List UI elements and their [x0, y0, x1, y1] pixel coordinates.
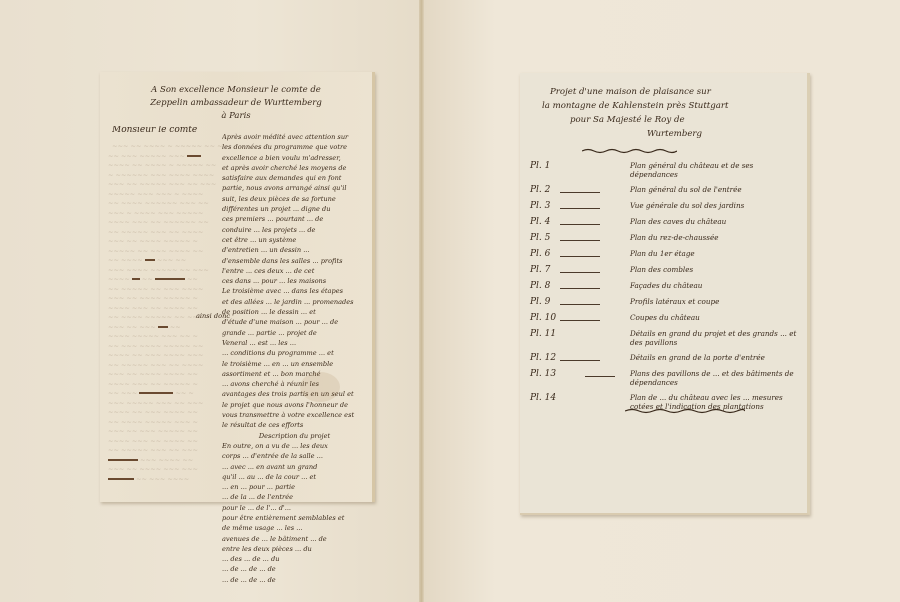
plate-entry: Pl. 10 Coupes du château [530, 313, 800, 329]
text-line: ... en ... pour ... partie [222, 482, 367, 492]
flourish-divider [582, 148, 677, 154]
text-line: satisfaire aux demandes qui en font [222, 173, 367, 183]
text-line: avenues de ... le bâtiment ... de [222, 534, 367, 544]
leader-line [585, 376, 615, 377]
plate-entry: Pl. 9 Profils latéraux et coupe [530, 297, 800, 313]
leader-line [560, 256, 600, 257]
text-line: de même usage ... les ... [222, 523, 367, 533]
text-line: Après avoir médité avec attention sur [222, 132, 367, 142]
plate-description: Détails en grand du projet et des grands… [630, 329, 800, 347]
letter-body: Après avoir médité avec attention sur le… [222, 132, 367, 585]
leader-line [560, 240, 600, 241]
title-line: la montagne de Kahlenstein près Stuttgar… [542, 99, 792, 113]
salutation: Monsieur le comte [112, 126, 197, 135]
plate-entry: Pl. 12 Détails en grand de la porte d'en… [530, 353, 800, 369]
plate-entry: Pl. 6 Plan du 1er étage [530, 249, 800, 265]
plate-list: Pl. 1 Plan général du château et de ses … [530, 161, 800, 425]
plate-number: Pl. 6 [530, 249, 550, 259]
text-line: assortiment et ... bon marché [222, 369, 367, 379]
text-line: suit, les deux pièces de sa fortune [222, 194, 367, 204]
text-line: cet être ... un système [222, 235, 367, 245]
leader-line [560, 288, 600, 289]
plate-description: Plan du rez-de-chaussée [630, 233, 800, 242]
plate-number: Pl. 2 [530, 185, 550, 195]
title-line: pour Sa Majesté le Roy de [542, 113, 792, 127]
leader-line [560, 208, 600, 209]
letter-address: A Son excellence Monsieur le comte de Ze… [100, 84, 372, 123]
text-line: d'entretien ... un dessin ... [222, 245, 367, 255]
letter-sheet: A Son excellence Monsieur le comte de Ze… [100, 72, 375, 502]
text-line: avantages des trois partis en un seul et [222, 389, 367, 399]
text-line: différentes un projet ... digne du [222, 204, 367, 214]
leader-line [560, 272, 600, 273]
leader-line [560, 224, 600, 225]
plate-entry: Pl. 13 Plans des pavillons de ... et des… [530, 369, 800, 393]
text-line: d'étude d'une maison ... pour ... de [222, 317, 367, 327]
plate-description: Plan des combles [630, 265, 800, 274]
end-flourish [625, 408, 745, 414]
address-line: A Son excellence Monsieur le comte de [100, 84, 372, 97]
plate-description: Plan du 1er étage [630, 249, 800, 258]
text-line: ... de la ... de l'entrée [222, 492, 367, 502]
plate-entry: Pl. 3 Vue générale du sol des jardins [530, 201, 800, 217]
text-line: En outre, on a vu de ... les deux [222, 441, 367, 451]
plate-description: Plans des pavillons de ... et des bâtime… [630, 369, 800, 387]
text-line: grande ... partie ... projet de [222, 328, 367, 338]
text-line: vous transmettre à votre excellence est [222, 410, 367, 420]
plate-number: Pl. 14 [530, 393, 556, 403]
text-line: le résultat de ces efforts [222, 420, 367, 430]
text-line: et des allées ... le jardin ... promenad… [222, 297, 367, 307]
text-line: ces dans ... pour ... les maisons [222, 276, 367, 286]
plate-number: Pl. 10 [530, 313, 556, 323]
address-line: Zeppelin ambassadeur de Wurttemberg [100, 97, 372, 110]
leader-line [560, 360, 600, 361]
plate-number: Pl. 7 [530, 265, 550, 275]
plate-description: Façades du château [630, 281, 800, 290]
plate-entry: Pl. 11 Détails en grand du projet et des… [530, 329, 800, 353]
text-line: ... conditions du programme ... et [222, 348, 367, 358]
text-line: le troisième ... en ... un ensemble [222, 359, 367, 369]
plate-description: Plan des caves du château [630, 217, 800, 226]
leader-line [560, 304, 600, 305]
foxing-stain [300, 372, 340, 402]
plate-entry: Pl. 4 Plan des caves du château [530, 217, 800, 233]
plate-entry: Pl. 8 Façades du château [530, 281, 800, 297]
text-line: partie, nous avons arrangé ainsi qu'il [222, 183, 367, 193]
plate-number: Pl. 13 [530, 369, 556, 379]
text-line: conduire ... les projets ... de [222, 225, 367, 235]
text-line: excellence a bien voulu m'adresser, [222, 153, 367, 163]
text-line: ... de ... de ... de [222, 564, 367, 574]
plate-number: Pl. 11 [530, 329, 556, 339]
index-title: Projet d'une maison de plaisance sur la … [542, 85, 792, 141]
plate-entry: Pl. 5 Plan du rez-de-chaussée [530, 233, 800, 249]
plate-number: Pl. 1 [530, 161, 550, 171]
text-line: les données du programme que votre [222, 142, 367, 152]
section-heading: Description du projet [222, 431, 367, 441]
title-line: Wurtemberg [542, 127, 792, 141]
text-line: ... avec ... en avant un grand [222, 462, 367, 472]
plate-number: Pl. 5 [530, 233, 550, 243]
text-line: Veneral ... est ... les ... [222, 338, 367, 348]
text-line: le projet que nous avons l'honneur de [222, 400, 367, 410]
text-line: l'entre ... ces deux ... de cet [222, 266, 367, 276]
text-line: ... avons cherché à réunir les [222, 379, 367, 389]
plate-number: Pl. 4 [530, 217, 550, 227]
address-line: à Paris [100, 110, 372, 123]
plate-number: Pl. 3 [530, 201, 550, 211]
plate-entry: Pl. 2 Plan général du sol de l'entrée [530, 185, 800, 201]
title-line: Projet d'une maison de plaisance sur [542, 85, 792, 99]
text-line: ... des ... de ... du [222, 554, 367, 564]
text-line: pour être entièrement semblables et [222, 513, 367, 523]
plate-number: Pl. 8 [530, 281, 550, 291]
text-line: corps ... d'entrée de la salle ... [222, 451, 367, 461]
plate-description: Vue générale du sol des jardins [630, 201, 800, 210]
text-line: Le troisième avec ... dans les étapes [222, 286, 367, 296]
plate-description: Profils latéraux et coupe [630, 297, 800, 306]
text-line: ces premiers ... pourtant ... de [222, 214, 367, 224]
plate-entry: Pl. 1 Plan général du château et de ses … [530, 161, 800, 185]
plate-description: Plan général du château et de ses dépend… [630, 161, 800, 179]
plate-description: Plan général du sol de l'entrée [630, 185, 800, 194]
text-line: de position ... le dessin ... et [222, 307, 367, 317]
text-line: ... de ... de ... de [222, 575, 367, 585]
plate-description: Détails en grand de la porte d'entrée [630, 353, 800, 362]
text-line: entre les deux pièces ... du [222, 544, 367, 554]
plate-number: Pl. 9 [530, 297, 550, 307]
text-line: qu'il ... au ... de la cour ... et [222, 472, 367, 482]
plate-entry: Pl. 7 Plan des combles [530, 265, 800, 281]
text-line: et après avoir cherché les moyens de [222, 163, 367, 173]
plate-description: Coupes du château [630, 313, 800, 322]
plate-number: Pl. 12 [530, 353, 556, 363]
plate-index-sheet: Projet d'une maison de plaisance sur la … [520, 73, 810, 515]
text-line: pour le ... de l'... d'... [222, 503, 367, 513]
leader-line [560, 320, 600, 321]
leader-line [560, 192, 600, 193]
text-line: d'ensemble dans les salles ... profits [222, 256, 367, 266]
